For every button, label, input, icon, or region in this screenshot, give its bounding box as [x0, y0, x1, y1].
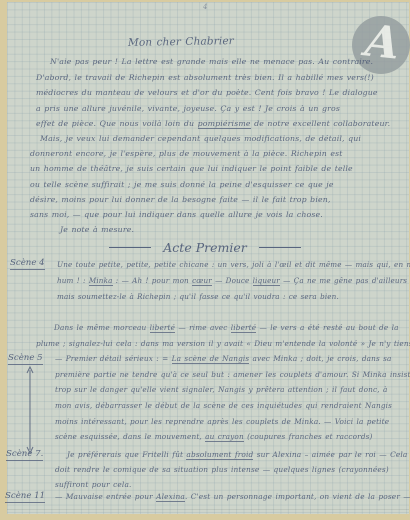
- handwritten-line: médiocres du manteau de velours et d'or …: [36, 88, 406, 104]
- act-heading: Acte Premier: [0, 240, 410, 255]
- heading-rule-left: [109, 247, 151, 248]
- margin-double-arrow-icon: [24, 365, 36, 455]
- scene-4-note: Une toute petite, petite, petite chicane…: [57, 260, 407, 309]
- handwritten-line: ou telle scène suffirait ; je me suis do…: [30, 180, 404, 195]
- handwritten-line: Je note à mesure.: [30, 225, 404, 240]
- scene-7-label: Scène 7.: [6, 449, 43, 461]
- scene-4-label: Scène 4: [10, 258, 45, 270]
- scene-11-label: Scène 11: [5, 491, 45, 503]
- handwritten-line: hum ! : Minka : — Ah ! pour mon cœur — D…: [57, 276, 407, 292]
- handwritten-line: plume ; signalez-lui cela : dans ma vers…: [36, 339, 406, 355]
- page-number-mark: 4: [203, 3, 207, 11]
- handwritten-line: a pris une allure juvénile, vivante, joy…: [36, 104, 406, 120]
- handwritten-line: sans moi, — que pour lui indiquer dans q…: [30, 210, 404, 225]
- handwritten-line: N'aie pas peur ! La lettre est grande ma…: [36, 57, 406, 73]
- handwritten-line: Je préférerais que Fritelli fût absolume…: [55, 450, 407, 465]
- handwritten-line: Dans le même morceau liberté — rime avec…: [36, 323, 406, 339]
- paper-crease: [7, 509, 409, 510]
- letter-paragraph-1: N'aie pas peur ! La lettre est grande ma…: [36, 57, 406, 135]
- handwritten-line: mon avis, débarrasser le début de la scè…: [55, 401, 407, 417]
- heading-rule-right: [259, 247, 301, 248]
- scene-5-label: Scène 5: [8, 353, 43, 365]
- handwritten-line: un homme de théâtre, je suis certain que…: [30, 164, 404, 179]
- handwritten-line: donneront encore, je l'espère, plus de m…: [30, 149, 404, 164]
- handwritten-line: Une toute petite, petite, petite chicane…: [57, 260, 407, 276]
- handwritten-line: — Mauvaise entrée pour Alexina. C'est un…: [55, 492, 407, 507]
- salutation: Mon cher Chabrier: [128, 35, 234, 49]
- handwritten-line: Mais, je veux lui demander cependant que…: [30, 134, 404, 149]
- handwritten-line: doit rendre le comique de sa situation p…: [55, 465, 407, 480]
- manuscript-letter-page: A 4 Mon cher Chabrier N'aie pas peur ! L…: [0, 0, 410, 520]
- handwritten-line: scène esquissée, dans le mouvement, au c…: [55, 432, 407, 448]
- handwritten-line: première partie ne tendre qu'à ce seul b…: [55, 370, 407, 386]
- letter-paragraph-3: Dans le même morceau liberté — rime avec…: [36, 323, 406, 354]
- act-heading-text: Acte Premier: [163, 240, 246, 255]
- handwritten-line: — Premier détail sérieux : = La scène de…: [55, 354, 407, 370]
- handwritten-line: D'abord, le travail de Richepin est abso…: [36, 73, 406, 89]
- handwritten-line: effet de pièce. Que nous voilà loin du p…: [36, 119, 406, 135]
- scene-11-note: — Mauvaise entrée pour Alexina. C'est un…: [55, 492, 407, 507]
- handwritten-line: désire, moins pour lui donner de la beso…: [30, 195, 404, 210]
- scene-7-note: Je préférerais que Fritelli fût absolume…: [55, 450, 407, 496]
- scene-5-note: — Premier détail sérieux : = La scène de…: [55, 354, 407, 448]
- letter-paragraph-2: Mais, je veux lui demander cependant que…: [30, 134, 404, 240]
- handwritten-line: trop sur le danger qu'elle vient signale…: [55, 385, 407, 401]
- handwritten-line: moins intéressant, pour les reprendre ap…: [55, 417, 407, 433]
- handwritten-line: mais soumettez-le à Richepin ; qu'il fas…: [57, 292, 407, 308]
